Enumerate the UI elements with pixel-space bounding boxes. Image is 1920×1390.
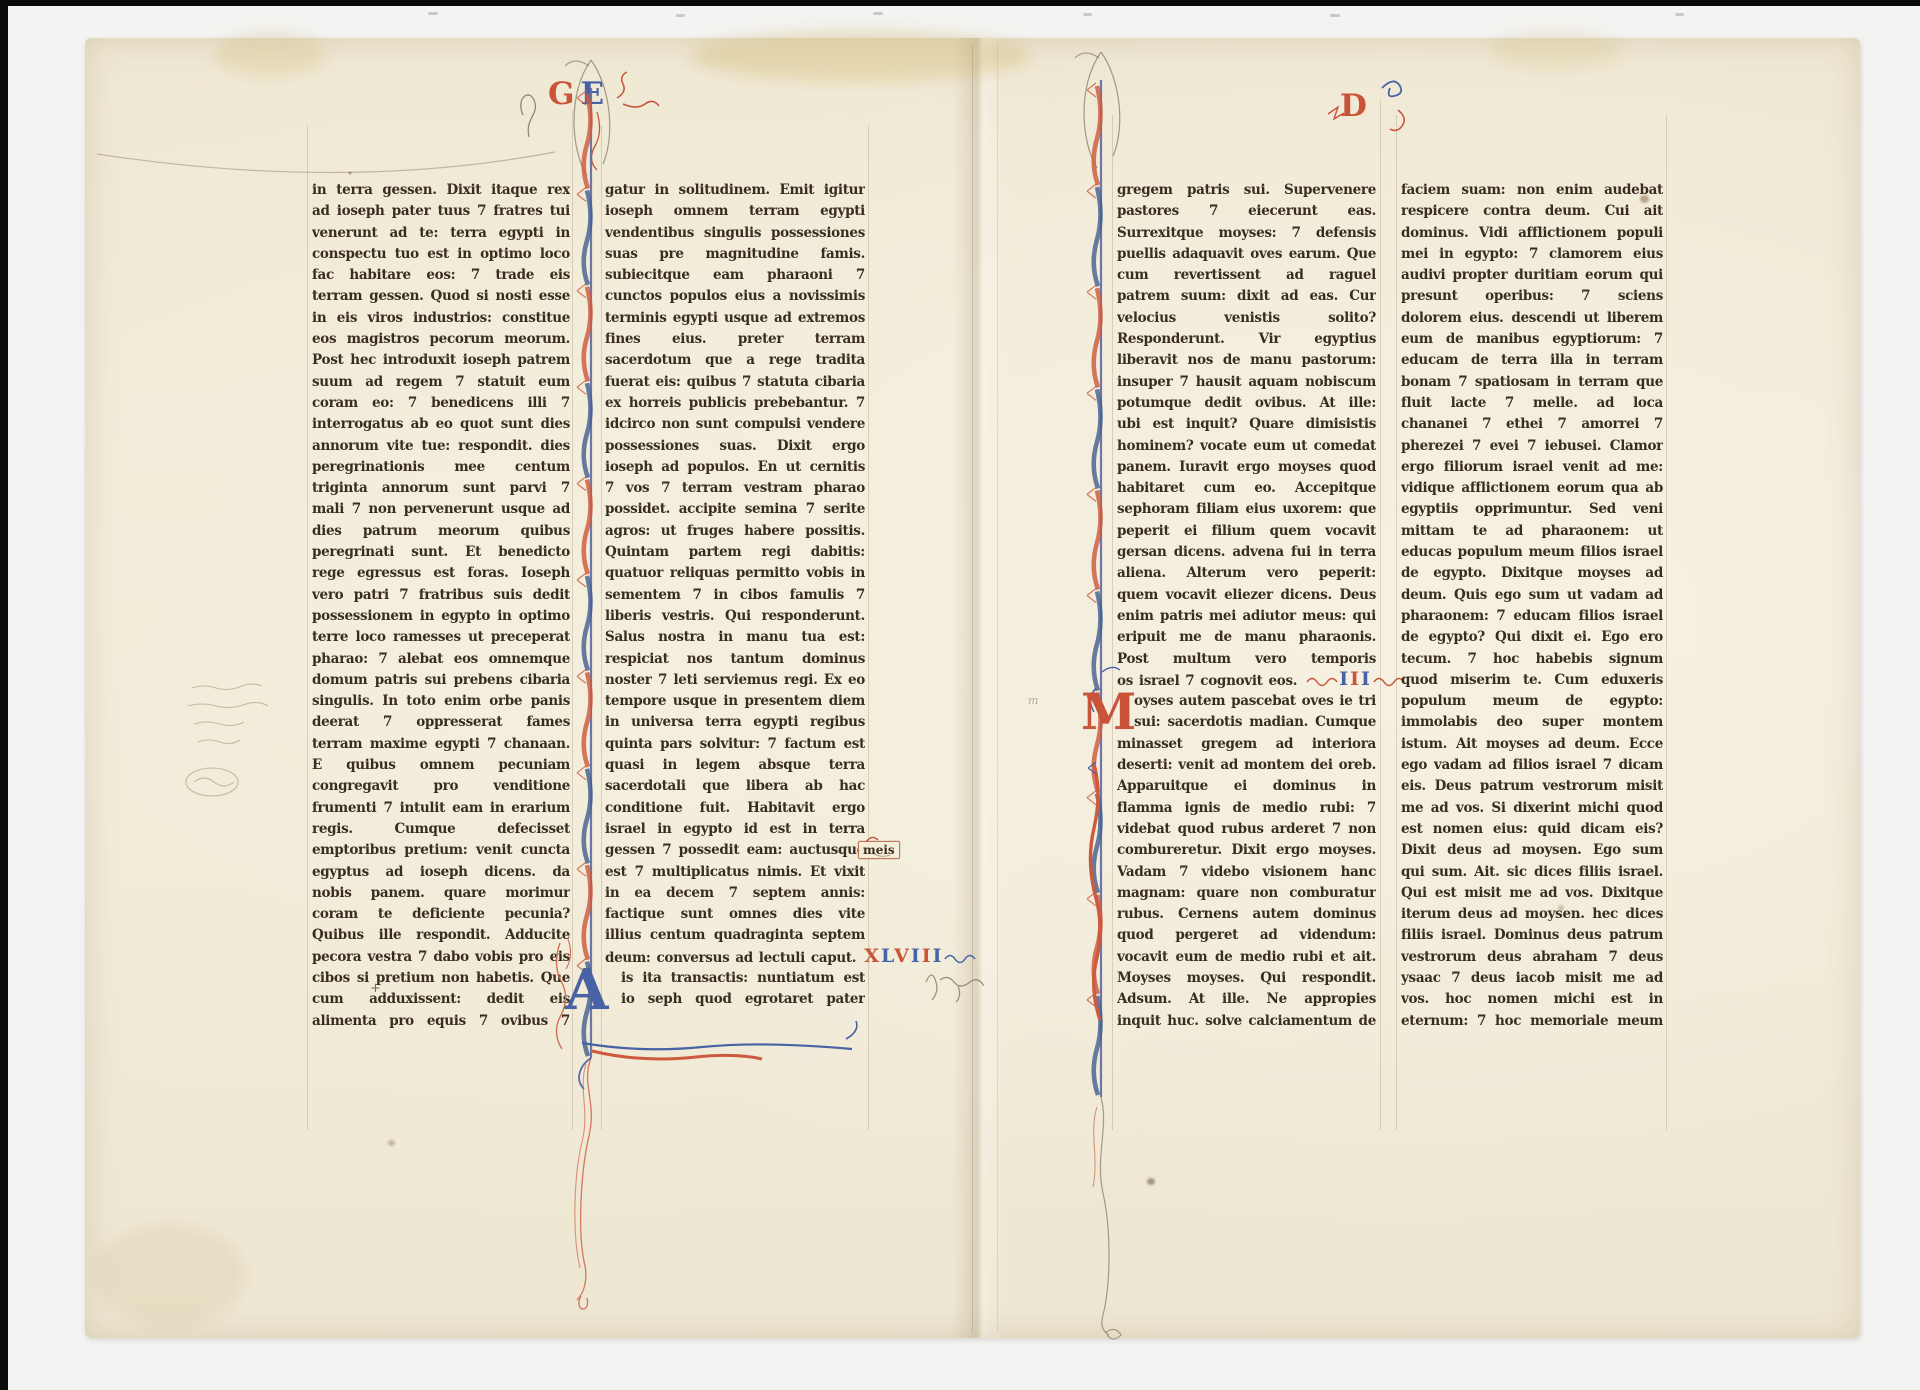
left-col-1: in terra gessen. Dixit itaque rex ad ios… (312, 180, 570, 1032)
chapter-heading-line: os israel 7 cognovit eos.III (1117, 670, 1376, 691)
illuminated-initial-A: A (565, 962, 608, 1018)
marginal-note (178, 678, 308, 818)
header-flourish-right (1310, 62, 1430, 152)
penwork-stroke (1094, 86, 1101, 185)
penwork-stroke (584, 383, 591, 477)
penwork-stroke (584, 769, 591, 863)
penwork-stroke (565, 61, 589, 66)
penwork-stroke (1094, 187, 1101, 286)
photo-frame-left (0, 0, 8, 1390)
foxing-dot (388, 1140, 395, 1146)
pen-squiggle (1305, 675, 1339, 687)
tape-stain (1490, 30, 1620, 70)
penwork-stroke (584, 287, 591, 381)
edge-mark (1083, 13, 1092, 16)
correction-caret (852, 828, 892, 858)
right-col-2: faciem suam: non enim audebat respicere … (1401, 180, 1663, 1032)
penwork-stroke (584, 480, 591, 574)
tape-stain (215, 32, 325, 76)
chapter-numeral-letter: I (1361, 668, 1372, 690)
tape-stain (690, 30, 1030, 82)
text-block: faciem suam: non enim audebat respicere … (1401, 180, 1663, 1032)
edge-mark (1675, 13, 1684, 16)
chapter-numeral-letter: I (1350, 668, 1361, 690)
penwork-stroke (1087, 589, 1096, 603)
text-block: gatur in solitudinem. Emit igitur ioseph… (605, 180, 865, 947)
penwork-stroke (1087, 487, 1096, 501)
penwork-stroke (1094, 288, 1101, 387)
illuminated-initial-M: M (1081, 687, 1136, 737)
penwork-stroke (579, 1296, 588, 1309)
penwork-stroke (1075, 53, 1099, 58)
penwork-stroke (577, 477, 586, 491)
penwork-stroke (577, 91, 586, 105)
chapter-text-block: oyses autem pascebat oves ie tri sui: sa… (1117, 691, 1376, 1032)
penwork-stroke (1087, 184, 1096, 198)
photo-frame-top (0, 0, 1920, 6)
penwork-stroke (577, 573, 586, 587)
penwork-stroke (584, 576, 591, 670)
chapter-numeral-letter: L (881, 945, 894, 967)
right-col-1: gregem patris sui. Supervenere pastores … (1117, 180, 1376, 1032)
penwork-stroke (577, 284, 586, 298)
ruling-line (1396, 115, 1397, 1130)
chapter-numeral-letter: V (894, 945, 911, 967)
penwork-stroke (1087, 285, 1096, 299)
ruling-line (307, 125, 308, 1130)
penwork-stroke (584, 672, 591, 766)
margin-m-mark: m (1028, 694, 1038, 707)
fold-crease (972, 44, 973, 1332)
penwork-stroke (1087, 83, 1096, 97)
corner-stain (95, 1225, 245, 1325)
text-block: gregem patris sui. Supervenere pastores … (1117, 180, 1376, 670)
penwork-stroke (1093, 1107, 1097, 1187)
penwork-stroke (577, 862, 586, 876)
text-block: in terra gessen. Dixit itaque rex ad ios… (312, 180, 570, 1032)
penwork-stroke (1094, 389, 1101, 488)
fold-crease (997, 44, 998, 1332)
penwork-stroke (577, 766, 586, 780)
edge-mark (873, 12, 883, 15)
penwork-stroke (577, 380, 586, 394)
penwork-stroke (584, 190, 591, 284)
ruling-line (868, 125, 869, 1130)
chapter-heading-text: os israel 7 cognovit eos. (1117, 671, 1297, 692)
penwork-stroke (1094, 490, 1101, 589)
ruling-line (1380, 100, 1381, 1130)
edge-mark (676, 14, 685, 17)
ruling-line (1666, 115, 1667, 1130)
chapter-numeral: III (1339, 670, 1372, 688)
penwork-stroke (1087, 386, 1096, 400)
chapter-numeral-letter: I (1339, 668, 1350, 690)
penwork-stroke (577, 669, 586, 683)
edge-mark (1330, 14, 1340, 17)
marginal-gloss (918, 962, 1008, 1008)
margin-plus-mark: + (370, 981, 381, 996)
edge-mark (428, 12, 438, 15)
penwork-stroke (1101, 52, 1120, 156)
penwork-stroke (1100, 1097, 1109, 1335)
left-col-2: gatur in solitudinem. Emit igitur ioseph… (605, 180, 865, 1011)
